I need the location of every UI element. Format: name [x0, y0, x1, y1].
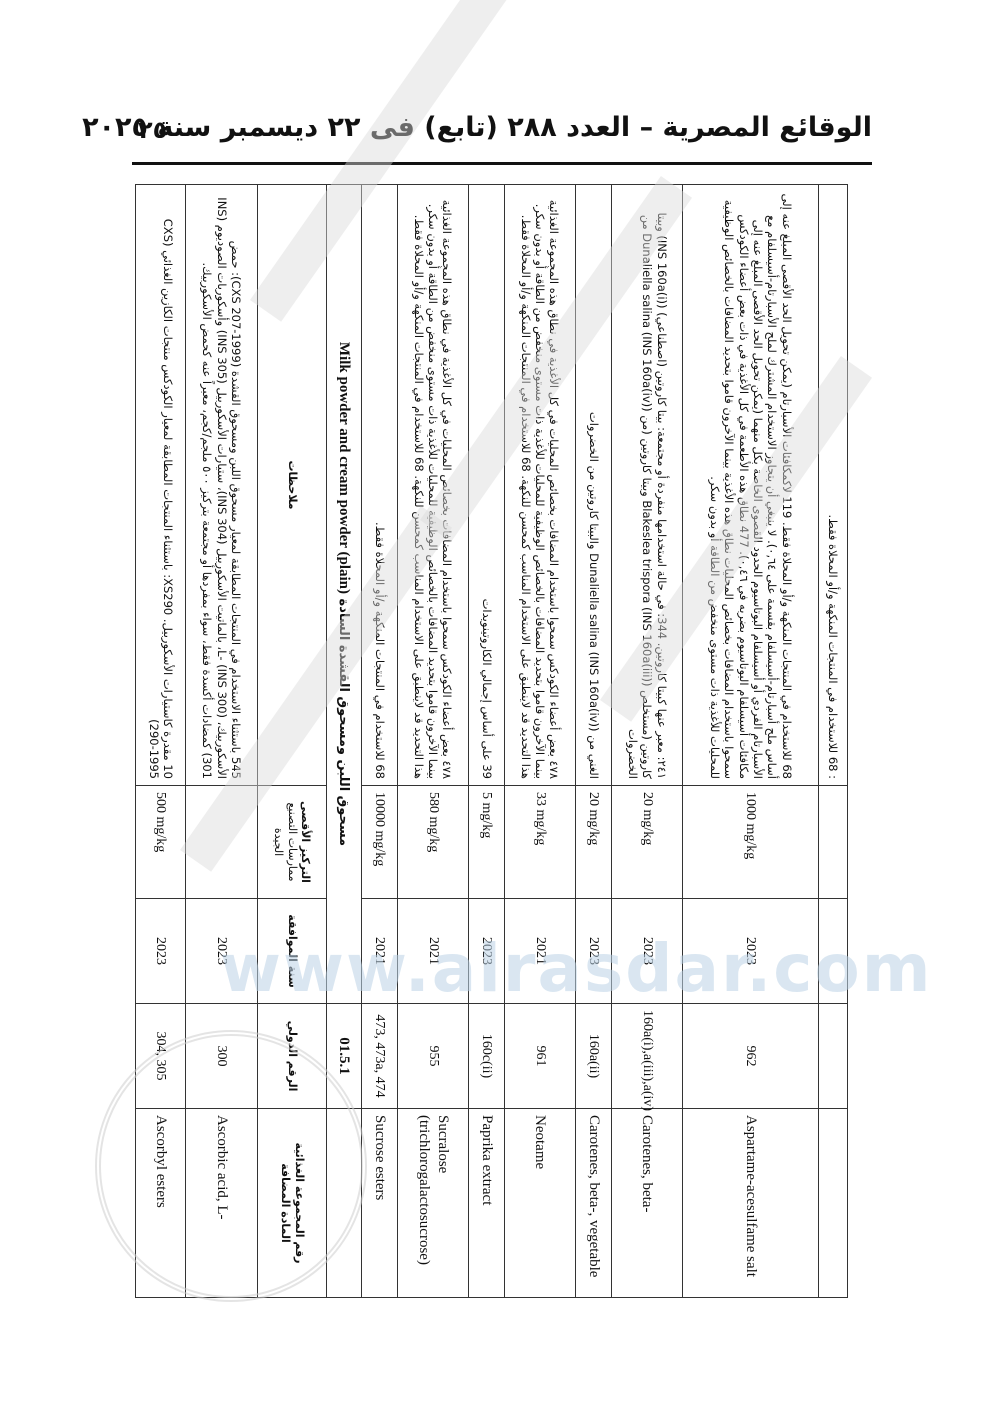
additive-name-cell: Aspartame-acesulfame salt [683, 1109, 819, 1298]
group-title: مسحوق اللبن ومسحوق القشدة السادة Milk po… [326, 185, 361, 1004]
ins-number-cell: 300 [186, 1004, 258, 1109]
table-row: Carotenes, beta-, vegetable160a(ii)20232… [576, 185, 611, 1298]
notes-cell: ٤٧٨ بعض أعضاء الكودكس سمحوا باستخدام الم… [397, 185, 469, 786]
approval-year-cell: 2023 [136, 899, 186, 1004]
ins-number-cell: 961 [504, 1004, 576, 1109]
max-level-cell [186, 786, 258, 899]
additive-name-cell: Ascorbyl esters [136, 1109, 186, 1298]
table-row: Sucralose (trichlorogalactosucrose)95520… [397, 185, 469, 1298]
ins-number-cell: 160c(ii) [469, 1004, 504, 1109]
additive-name-cell: Sucrose esters [362, 1109, 397, 1298]
group-title-ar: مسحوق اللبن ومسحوق القشدة السادة [336, 599, 351, 847]
ins-number-cell: 160a(ii) [576, 1004, 611, 1109]
group-row: 01.5.1 مسحوق اللبن ومسحوق القشدة السادة … [326, 185, 361, 1298]
notes-cell: ٢٤١: معبر عنها كبيتا كاروتين. 344: في حا… [611, 185, 683, 786]
approval-year-cell: 2023 [611, 899, 683, 1004]
additive-name-cell: Ascorbic acid, L- [186, 1109, 258, 1298]
table-row: Neotame961202133 mg/kg٤٧٨ بعض أعضاء الكو… [504, 185, 576, 1298]
header-rule [132, 162, 872, 165]
additive-name-cell [819, 1109, 848, 1298]
approval-year-cell: 2023 [683, 899, 819, 1004]
ins-number-cell: 304, 305 [136, 1004, 186, 1109]
food-additives-table: : 68 للاستخدام في المنتجات المنكهة و/أو … [135, 184, 848, 1298]
additive-name-cell: Carotenes, beta-, vegetable [576, 1109, 611, 1298]
col-header-additive: رقم المجموعة الغذائية المادة المضافة [257, 1109, 326, 1298]
group-title-en: Milk powder and cream powder (plain) [336, 342, 352, 594]
approval-year-cell: 2023 [469, 899, 504, 1004]
approval-year-cell: 2023 [186, 899, 258, 1004]
table-row: Aspartame-acesulfame salt96220231000 mg/… [683, 185, 819, 1298]
page-number: ٢٥ [138, 116, 167, 144]
table-row: Paprika extract160c(ii)20235 mg/kg39 على… [469, 185, 504, 1298]
col-header-year: سنة الموافقة [257, 899, 326, 1004]
max-level-cell: 580 mg/kg [397, 786, 469, 899]
max-level-cell [819, 786, 848, 899]
notes-cell: الغني من Dunaliella salina (INS 160a(iv)… [576, 185, 611, 786]
notes-cell: 68 للاستخدام في المنتجات المنكهة و/أو ال… [683, 185, 819, 786]
table-row: Sucrose esters473, 473a, 474202110000 mg… [362, 185, 397, 1298]
additive-name-cell: Paprika extract [469, 1109, 504, 1298]
notes-cell: 545 باستثناء الاستخدام في المنتجات المطا… [186, 185, 258, 786]
ins-number-cell: 473, 473a, 474 [362, 1004, 397, 1109]
max-level-cell: 10000 mg/kg [362, 786, 397, 899]
notes-cell: 10 مقدرة كاستيارات الأسكوربيل. XS290: با… [136, 185, 186, 786]
approval-year-cell: 2021 [397, 899, 469, 1004]
additive-name-cell: Neotame [504, 1109, 576, 1298]
max-level-cell: 20 mg/kg [611, 786, 683, 899]
max-level-cell: 500 mg/kg [136, 786, 186, 899]
notes-cell: 39 على أساس إجمالي الكاروتينويدات [469, 185, 504, 786]
col-header-max: التركيز الأقصى ممارسات التصنيع الجيدة [257, 786, 326, 899]
group-code: 01.5.1 [326, 1004, 361, 1109]
page-header: الوقائع المصرية – العدد ٢٨٨ (تابع) فى ٢٢… [132, 112, 872, 152]
notes-cell: : 68 للاستخدام في المنتجات المنكهة و/أو … [819, 185, 848, 786]
max-level-cell: 5 mg/kg [469, 786, 504, 899]
approval-year-cell: 2021 [504, 899, 576, 1004]
table-row: Ascorbic acid, L-3002023545 باستثناء الا… [186, 185, 258, 1298]
max-level-cell: 33 mg/kg [504, 786, 576, 899]
max-level-cell: 1000 mg/kg [683, 786, 819, 899]
ins-number-cell: 962 [683, 1004, 819, 1109]
approval-year-cell: 2023 [576, 899, 611, 1004]
ins-number-cell: 955 [397, 1004, 469, 1109]
notes-cell: 68 للاستخدام في المنتجات المنكهة و/أو ال… [362, 185, 397, 786]
col-header-ins: الرقم الدولي [257, 1004, 326, 1109]
table-row: : 68 للاستخدام في المنتجات المنكهة و/أو … [819, 185, 848, 1298]
additive-name-cell: Carotenes, beta- [611, 1109, 683, 1298]
col-header-notes: ملاحظات [257, 185, 326, 786]
table-row: Ascorbyl esters304, 3052023500 mg/kg10 م… [136, 185, 186, 1298]
table-row: Carotenes, beta-160a(i),a(iii),a(iv)2023… [611, 185, 683, 1298]
notes-cell: ٤٧٨ بعض أعضاء الكودكس سمحوا باستخدام الم… [504, 185, 576, 786]
rotated-table-container: : 68 للاستخدام في المنتجات المنكهة و/أو … [135, 184, 848, 1298]
approval-year-cell [819, 899, 848, 1004]
approval-year-cell: 2021 [362, 899, 397, 1004]
gazette-title: الوقائع المصرية – العدد ٢٨٨ (تابع) فى ٢٢… [82, 112, 872, 143]
ins-number-cell: 160a(i),a(iii),a(iv) [611, 1004, 683, 1109]
max-level-cell: 20 mg/kg [576, 786, 611, 899]
ins-number-cell [819, 1004, 848, 1109]
column-header-row: رقم المجموعة الغذائية المادة المضافة الر… [257, 185, 326, 1298]
additive-name-cell: Sucralose (trichlorogalactosucrose) [397, 1109, 469, 1298]
